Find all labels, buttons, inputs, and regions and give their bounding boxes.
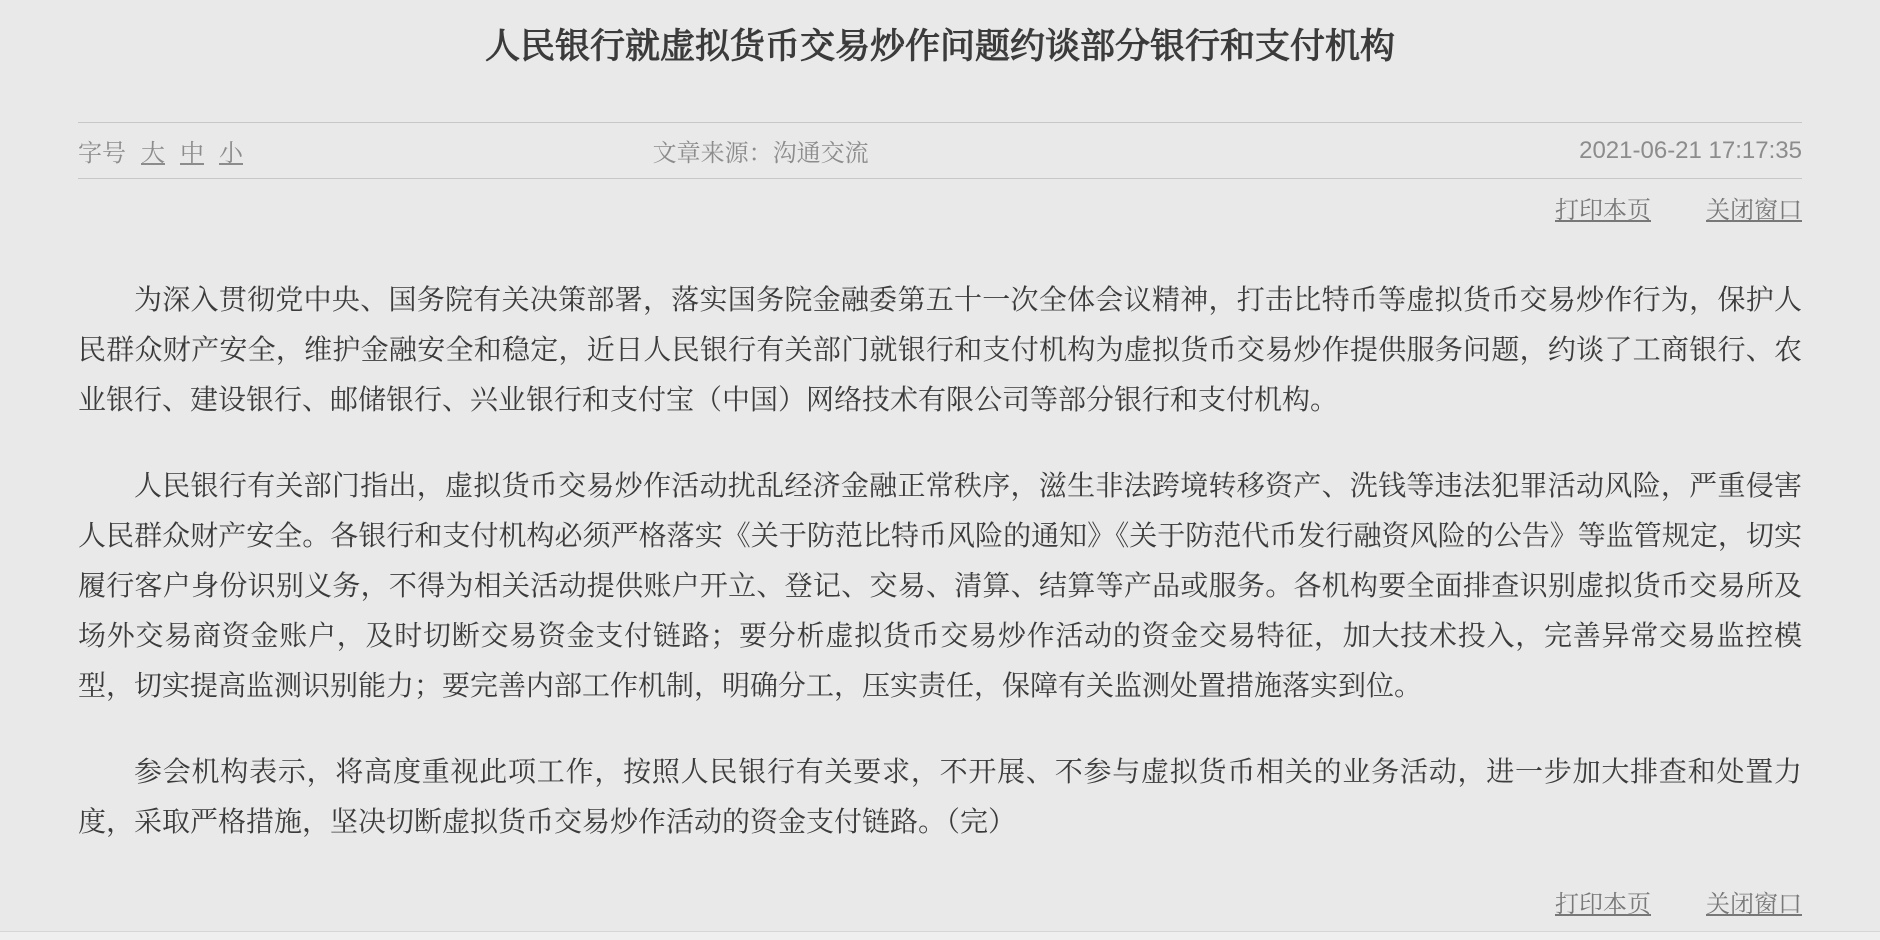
article-datetime: 2021-06-21 17:17:35	[1227, 137, 1802, 165]
article-actions-top: 打印本页关闭窗口	[78, 195, 1802, 227]
close-window-link[interactable]: 关闭窗口	[1706, 891, 1802, 918]
article-paragraph: 参会机构表示，将高度重视此项工作，按照人民银行有关要求，不开展、不参与虚拟货币相…	[78, 747, 1802, 847]
font-size-control: 字号大中小	[78, 133, 653, 168]
font-size-label: 字号	[78, 140, 126, 167]
close-window-link[interactable]: 关闭窗口	[1706, 197, 1802, 224]
page-title: 人民银行就虚拟货币交易炒作问题约谈部分银行和支付机构	[78, 0, 1802, 70]
article-source-value: 沟通交流	[773, 140, 869, 167]
article-source: 文章来源：沟通交流	[653, 133, 1228, 168]
article-actions-bottom: 打印本页关闭窗口	[78, 889, 1802, 921]
print-page-link[interactable]: 打印本页	[1555, 891, 1651, 918]
article-paragraph: 为深入贯彻党中央、国务院有关决策部署，落实国务院金融委第五十一次全体会议精神，打…	[78, 275, 1802, 425]
font-size-option-large[interactable]: 大	[141, 140, 165, 167]
article-page: 人民银行就虚拟货币交易炒作问题约谈部分银行和支付机构 字号大中小 文章来源：沟通…	[0, 0, 1880, 940]
page-bottom-divider	[0, 931, 1880, 940]
font-size-option-medium[interactable]: 中	[180, 140, 204, 167]
article-meta-bar: 字号大中小 文章来源：沟通交流 2021-06-21 17:17:35	[78, 122, 1802, 179]
article-body: 为深入贯彻党中央、国务院有关决策部署，落实国务院金融委第五十一次全体会议精神，打…	[78, 275, 1802, 847]
article-source-label: 文章来源：	[653, 140, 773, 167]
article-paragraph: 人民银行有关部门指出，虚拟货币交易炒作活动扰乱经济金融正常秩序，滋生非法跨境转移…	[78, 461, 1802, 711]
font-size-option-small[interactable]: 小	[219, 140, 243, 167]
print-page-link[interactable]: 打印本页	[1555, 197, 1651, 224]
